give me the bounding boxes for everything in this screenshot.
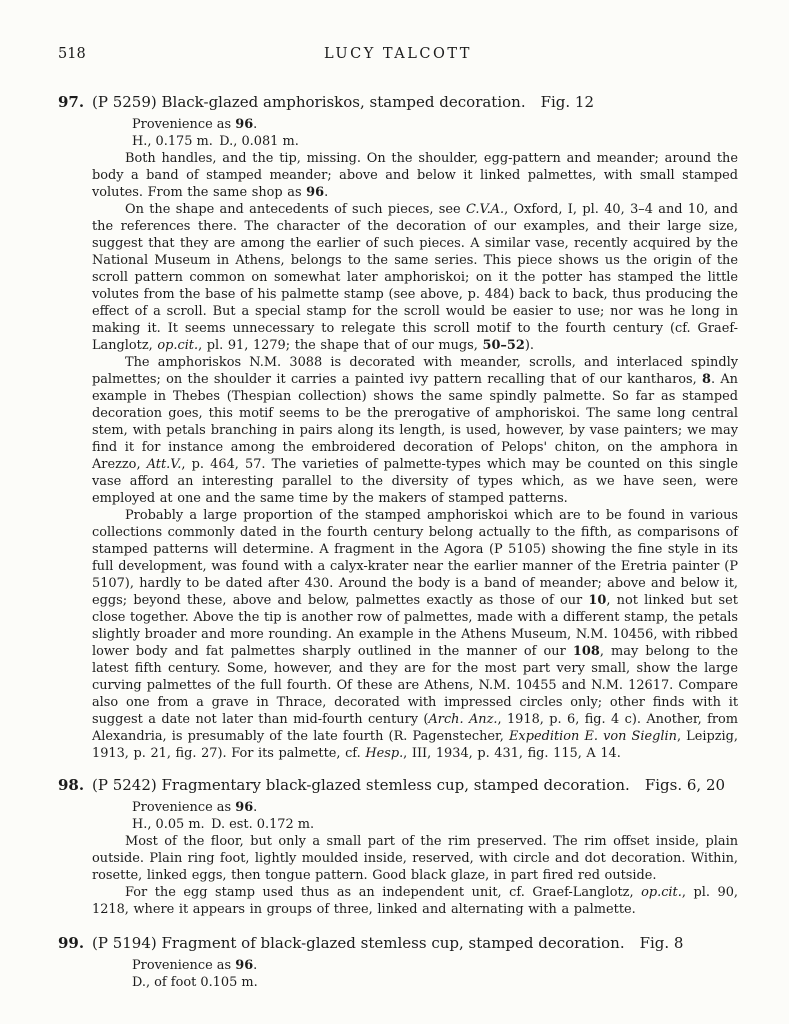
text-run: Provenience as xyxy=(132,800,235,815)
provenience-line: Provenience as 96. xyxy=(132,957,738,974)
text-run: Most of the floor, but only a small part… xyxy=(92,834,738,883)
dimensions-line: H., 0.175 m. D., 0.081 m. xyxy=(132,133,738,150)
text-run: 96 xyxy=(306,185,324,200)
text-run: 96 xyxy=(235,117,253,132)
catalog-entry-97: 97. (P 5259) Black-glazed amphoriskos, s… xyxy=(58,92,738,762)
dimensions-line: H., 0.05 m. D. est. 0.172 m. xyxy=(132,816,738,833)
text-run: D., of foot 0.105 m. xyxy=(132,975,258,990)
text-run: . xyxy=(253,117,257,132)
description-paragraph: Most of the floor, but only a small part… xyxy=(92,833,738,884)
catalog-entry-98: 98. (P 5242) Fragmentary black-glazed st… xyxy=(58,775,738,918)
discussion-paragraph: For the egg stamp used thus as an indepe… xyxy=(92,884,738,918)
entry-number: 98. xyxy=(58,775,84,795)
text-run: , pl. 91, 1279; the shape that of our mu… xyxy=(198,338,482,353)
text-run: The amphoriskos N.M. 3088 is decorated w… xyxy=(92,355,738,387)
text-run: Both handles, and the tip, missing. On t… xyxy=(92,151,738,200)
discussion-paragraph: Probably a large proportion of the stamp… xyxy=(92,507,738,762)
entry-heading: (P 5194) Fragment of black-glazed stemle… xyxy=(92,933,738,953)
text-run: C.V.A. xyxy=(466,202,504,217)
text-run: . xyxy=(253,800,257,815)
text-run: For the egg stamp used thus as an indepe… xyxy=(125,885,641,900)
text-run: 96 xyxy=(235,800,253,815)
entry-heading: (P 5259) Black-glazed amphoriskos, stamp… xyxy=(92,92,738,112)
text-run: . xyxy=(253,958,257,973)
provenience-line: Provenience as 96. xyxy=(132,116,738,133)
discussion-paragraph: On the shape and antecedents of such pie… xyxy=(92,201,738,354)
text-run: . xyxy=(324,185,328,200)
provenience-line: Provenience as 96. xyxy=(132,799,738,816)
text-run: ). xyxy=(525,338,534,353)
page-number: 518 xyxy=(58,46,86,62)
text-run: Att.V. xyxy=(147,457,182,472)
entry-heading: (P 5242) Fragmentary black-glazed stemle… xyxy=(92,775,738,795)
text-run: , III, 1934, p. 431, fig. 115, A 14. xyxy=(403,746,621,761)
text-run: Provenience as xyxy=(132,117,235,132)
catalog-entry-99: 99. (P 5194) Fragment of black-glazed st… xyxy=(58,933,738,991)
page-content: 518 LUCY TALCOTT 97. (P 5259) Black-glaz… xyxy=(58,46,738,991)
text-run: On the shape and antecedents of such pie… xyxy=(125,202,466,217)
dimensions-line: D., of foot 0.105 m. xyxy=(132,974,738,991)
text-run: , Oxford, I, pl. 40, 3–4 and 10, and the… xyxy=(92,202,738,353)
text-run: 108 xyxy=(573,644,600,659)
document-page: 518 LUCY TALCOTT 97. (P 5259) Black-glaz… xyxy=(0,0,789,1024)
text-run: H., 0.05 m. D. est. 0.172 m. xyxy=(132,817,314,832)
text-run: , p. 464, 57. The varieties of palmette-… xyxy=(92,457,738,506)
discussion-paragraph: The amphoriskos N.M. 3088 is decorated w… xyxy=(92,354,738,507)
text-run: 96 xyxy=(235,958,253,973)
text-run: Expedition E. von Sieglin xyxy=(509,729,677,744)
text-run: H., 0.175 m. D., 0.081 m. xyxy=(132,134,299,149)
description-paragraph: Both handles, and the tip, missing. On t… xyxy=(92,150,738,201)
entry-number: 99. xyxy=(58,933,84,953)
text-run: 50–52 xyxy=(482,338,524,353)
text-run: Provenience as xyxy=(132,958,235,973)
running-title: LUCY TALCOTT xyxy=(58,46,738,62)
text-run: op.cit. xyxy=(157,338,198,353)
text-run: Hesp. xyxy=(365,746,403,761)
text-run: 10 xyxy=(588,593,606,608)
text-run: Arch. Anz. xyxy=(428,712,497,727)
page-header: 518 LUCY TALCOTT xyxy=(58,46,738,64)
text-run: 8 xyxy=(702,372,711,387)
entry-number: 97. xyxy=(58,92,84,112)
text-run: op.cit. xyxy=(641,885,682,900)
